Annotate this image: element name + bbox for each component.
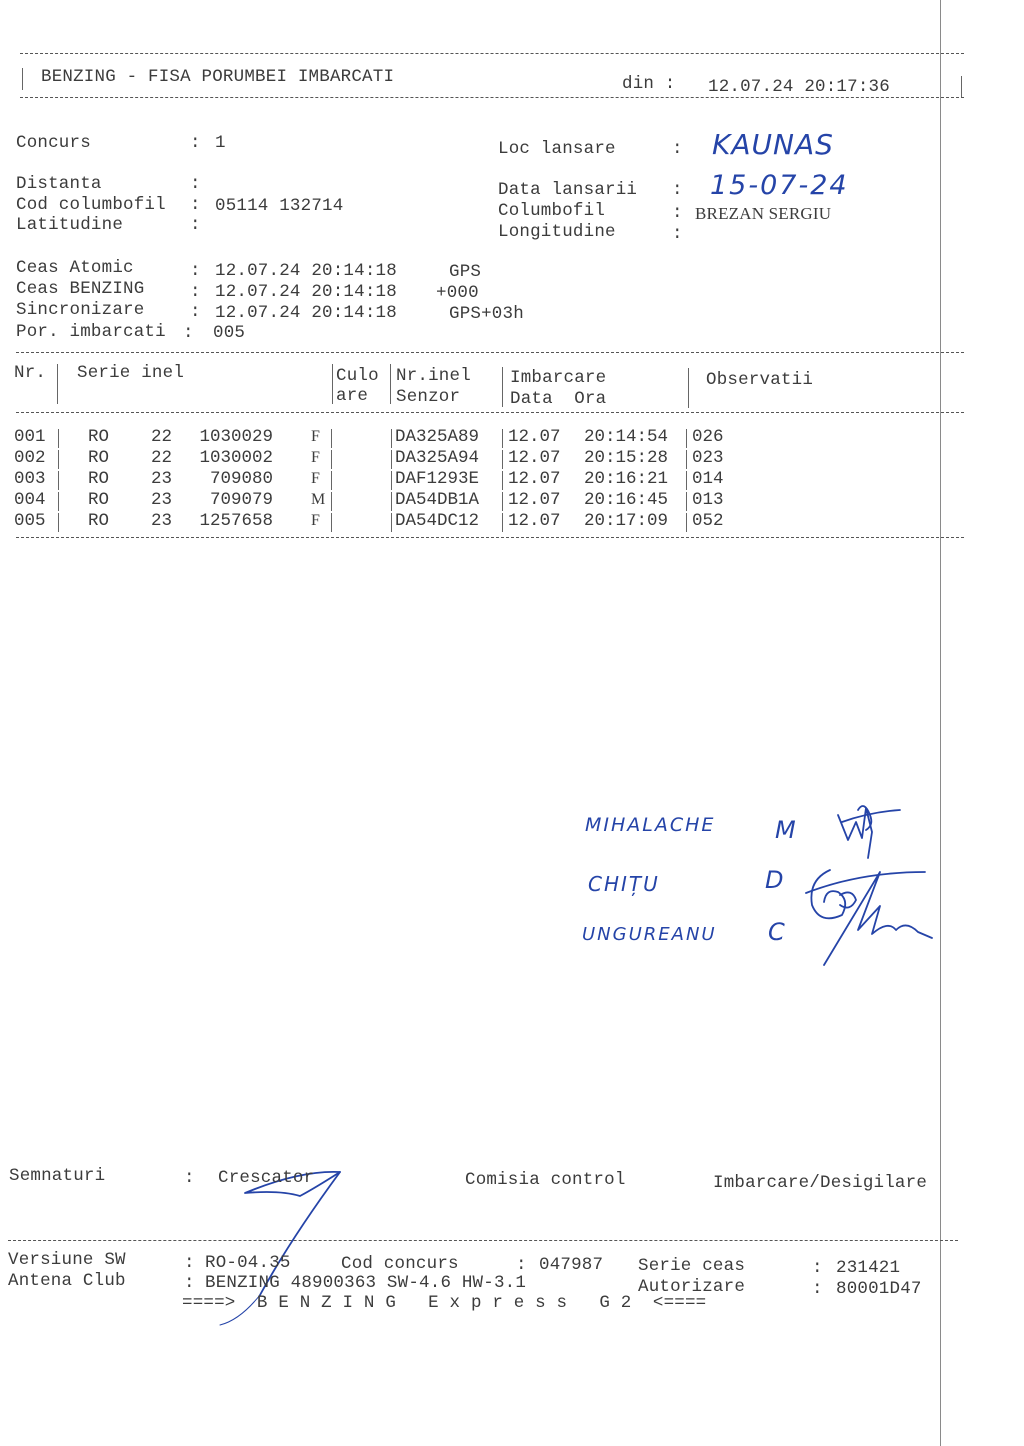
brand-banner: ====> B E N Z I N G E x p r e s s G 2 <=… xyxy=(182,1293,706,1314)
antena-club-sep: : xyxy=(184,1273,195,1294)
serie-ceas-label: Serie ceas xyxy=(638,1256,745,1277)
antena-club-value: BENZING 48900363 SW-4.6 HW-3.1 xyxy=(205,1273,526,1294)
versiune-sw-value: RO-04.35 xyxy=(205,1253,291,1274)
crescator-label: Crescator xyxy=(218,1168,314,1189)
comisia-control-label: Comisia control xyxy=(465,1170,626,1191)
imbarcare-desigilare-label: Imbarcare/Desigilare xyxy=(713,1173,927,1194)
semnaturi-label: Semnaturi xyxy=(9,1166,105,1187)
versiune-sw-sep: : xyxy=(184,1253,195,1274)
semnaturi-sep: : xyxy=(184,1168,195,1189)
commission-signatures xyxy=(0,0,1024,1446)
antena-club-label: Antena Club xyxy=(8,1271,126,1292)
serie-ceas-value: 231421 xyxy=(836,1258,900,1279)
footer-rule xyxy=(8,1240,958,1241)
cod-concurs-value: 047987 xyxy=(539,1255,603,1276)
autorizare-sep: : xyxy=(812,1279,823,1300)
cod-concurs-label: Cod concurs xyxy=(341,1254,459,1275)
versiune-sw-label: Versiune SW xyxy=(8,1250,126,1271)
serie-ceas-sep: : xyxy=(812,1258,823,1279)
autorizare-value: 80001D47 xyxy=(836,1279,922,1300)
